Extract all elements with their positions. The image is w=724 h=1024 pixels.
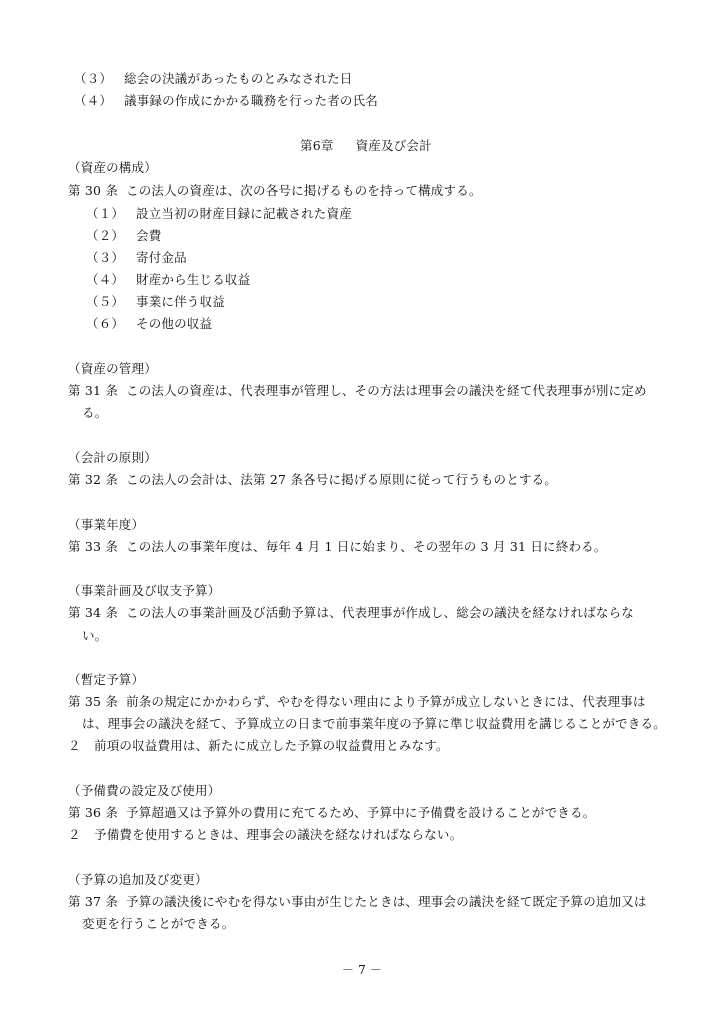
article-body: この法人の資産は、代表理事が管理し、その方法は理事会の議決を経て代表理事が別に定… [126, 383, 647, 398]
paragraph-text: 前項の収益費用は、新たに成立した予算の収益費用とみなす。 [94, 738, 449, 753]
item-number: （６） [86, 316, 136, 332]
item-text: 会費 [136, 228, 161, 243]
item-text: 寄付金品 [136, 250, 187, 265]
list-item: （４）財産から生じる収益 [86, 272, 250, 288]
article-body: 前条の規定にかかわらず、やむを得ない理由により予算が成立しないときには、代表理事… [126, 694, 646, 709]
article-heading: （会計の原則） [68, 450, 157, 466]
article-paragraph-2: ２前項の収益費用は、新たに成立した予算の収益費用とみなす。 [68, 738, 449, 754]
article-number: 第 30 条 [68, 183, 126, 199]
article-text: 第 36 条予算超過又は予算外の費用に充てるため、予算中に予備費を設けることがで… [68, 805, 595, 821]
paragraph-text: 予備費を使用するときは、理事会の議決を経なければならない。 [94, 827, 462, 842]
item-text: 財産から生じる収益 [136, 272, 250, 287]
item-number: （４） [74, 93, 124, 109]
list-item: （３）寄付金品 [86, 250, 187, 266]
chapter-number: 第6章 [300, 138, 334, 153]
article-heading: （予備費の設定及び使用） [68, 783, 220, 799]
article-continuation: 変更を行うことができる。 [82, 916, 234, 932]
article-body: 予算の議決後にやむを得ない事由が生じたときは、理事会の議決を経て既定予算の追加又… [126, 894, 647, 909]
article-number: 第 33 条 [68, 539, 126, 555]
article-number: 第 31 条 [68, 383, 126, 399]
article-heading: （資産の管理） [68, 361, 157, 377]
article-body: 予算超過又は予算外の費用に充てるため、予算中に予備費を設けることができる。 [126, 805, 595, 820]
article-text: 第 37 条予算の議決後にやむを得ない事由が生じたときは、理事会の議決を経て既定… [68, 894, 647, 910]
chapter-title: 資産及び会計 [356, 138, 432, 153]
list-item: （５）事業に伴う収益 [86, 294, 225, 310]
article-text: 第 32 条この法人の会計は、法第 27 条各号に掲げる原則に従って行うものとす… [68, 472, 557, 488]
article-continuation: は、理事会の議決を経て、予算成立の日まで前事業年度の予算に準じ収益費用を講じるこ… [82, 716, 666, 732]
list-item: （４）議事録の作成にかかる職務を行った者の氏名 [74, 93, 378, 109]
item-text: 議事録の作成にかかる職務を行った者の氏名 [124, 93, 378, 108]
item-text: 設立当初の財産目録に記載された資産 [136, 206, 352, 221]
chapter-heading: 第6章資産及び会計 [300, 138, 432, 154]
article-body: この法人の会計は、法第 27 条各号に掲げる原則に従って行うものとする。 [126, 472, 557, 487]
article-body: この法人の事業年度は、毎年 4 月 1 日に始まり、その翌年の 3 月 31 日… [126, 539, 607, 554]
article-number: 第 35 条 [68, 694, 126, 710]
article-body: この法人の事業計画及び活動予算は、代表理事が作成し、総会の議決を経なければならな [126, 605, 634, 620]
article-text: 第 31 条この法人の資産は、代表理事が管理し、その方法は理事会の議決を経て代表… [68, 383, 647, 399]
list-item: （３）総会の決議があったものとみなされた日 [74, 71, 352, 87]
item-number: （３） [86, 250, 136, 266]
item-text: その他の収益 [136, 316, 212, 331]
article-number: 第 32 条 [68, 472, 126, 488]
article-number: 第 36 条 [68, 805, 126, 821]
article-body: この法人の資産は、次の各号に掲げるものを持って構成する。 [126, 183, 482, 198]
article-continuation: る。 [82, 405, 107, 421]
item-text: 総会の決議があったものとみなされた日 [124, 71, 352, 86]
article-heading: （暫定予算） [68, 672, 144, 688]
page-number: － 7 － [0, 962, 724, 978]
item-text: 事業に伴う収益 [136, 294, 225, 309]
article-text: 第 30 条この法人の資産は、次の各号に掲げるものを持って構成する。 [68, 183, 482, 199]
article-text: 第 35 条前条の規定にかかわらず、やむを得ない理由により予算が成立しないときに… [68, 694, 646, 710]
item-number: （４） [86, 272, 136, 288]
item-number: （２） [86, 228, 136, 244]
item-number: （１） [86, 206, 136, 222]
paragraph-number: ２ [68, 738, 94, 754]
paragraph-number: ２ [68, 827, 94, 843]
list-item: （２）会費 [86, 228, 161, 244]
article-number: 第 37 条 [68, 894, 126, 910]
article-heading: （資産の構成） [68, 160, 157, 176]
article-text: 第 34 条この法人の事業計画及び活動予算は、代表理事が作成し、総会の議決を経な… [68, 605, 634, 621]
article-number: 第 34 条 [68, 605, 126, 621]
list-item: （１）設立当初の財産目録に記載された資産 [86, 206, 352, 222]
article-heading: （予算の追加及び変更） [68, 872, 208, 888]
item-number: （５） [86, 294, 136, 310]
article-paragraph-2: ２予備費を使用するときは、理事会の議決を経なければならない。 [68, 827, 462, 843]
article-heading: （事業計画及び収支予算） [68, 583, 220, 599]
article-heading: （事業年度） [68, 517, 144, 533]
article-text: 第 33 条この法人の事業年度は、毎年 4 月 1 日に始まり、その翌年の 3 … [68, 539, 607, 555]
article-continuation: い。 [82, 628, 107, 644]
list-item: （６）その他の収益 [86, 316, 212, 332]
item-number: （３） [74, 71, 124, 87]
